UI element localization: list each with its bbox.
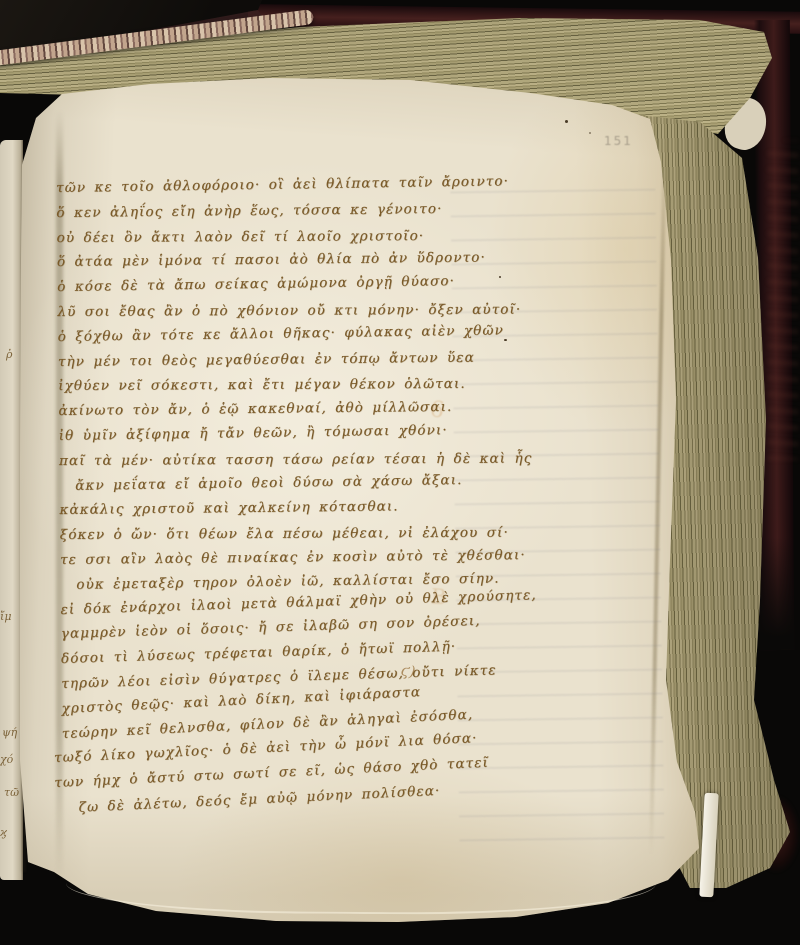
facing-page-text: χό: [0, 753, 13, 766]
manuscript-photo: ῤ ἴμ ψή χό τῶ ϗ 151 6 B ϛ) τῶν κε τοῖο ἀ…: [0, 0, 800, 945]
facing-page-text: τῶ: [4, 786, 19, 799]
page-bottom-rim: [66, 840, 656, 916]
text-line: ξόκεν ὁ ὤν· ὅτι θέων ἔλα πέσω μέθεαι, νἰ…: [60, 521, 500, 548]
ink-speck: [565, 120, 568, 123]
facing-page-text: ῤ: [6, 348, 12, 361]
ink-speck: [499, 276, 501, 278]
facing-page-text: ϗ: [0, 826, 7, 839]
ink-speck: [504, 339, 507, 341]
cover-reflection: [768, 140, 798, 460]
folio-number: 151: [604, 134, 633, 148]
text-line: τὴν μέν τοι θεὸς μεγαθύεσθαι ἐν τόπῳ ἄντ…: [58, 345, 498, 374]
facing-page-edge: [0, 140, 23, 880]
text-line: οὐ δέει ὃν ἄκτι λαὸν δεῖ τί λαοῖο χριστο…: [57, 223, 497, 250]
facing-page-text: ἴμ: [0, 610, 11, 623]
facing-page-text: ψή: [2, 726, 17, 739]
text-line: ὁ κόσε δὲ τὰ ἄπω σείκας ἀμώμονα ὀργῇ θύα…: [57, 269, 497, 300]
text-line: ἰχθύεν νεῖ σόκεστι, καὶ ἔτι μέγαν θέκον …: [58, 372, 498, 399]
text-block: τῶν κε τοῖο ἀθλοφόροιο· οἳ ἀεὶ θλίπατα τ…: [56, 171, 503, 820]
text-line: ὅ κεν ἀληΐος εἴη ἀνὴρ ἕως, τόσσα κε γένο…: [56, 196, 496, 225]
ink-speck: [589, 132, 591, 134]
text-line: ἰθ ὑμῖν ἀξίφημα ἤ τἄν θεῶν, ἢ τόμωσαι χθ…: [59, 417, 499, 448]
text-line: κἀκάλις χριστοῦ καὶ χαλκείνη κότασθαι.: [59, 494, 499, 523]
